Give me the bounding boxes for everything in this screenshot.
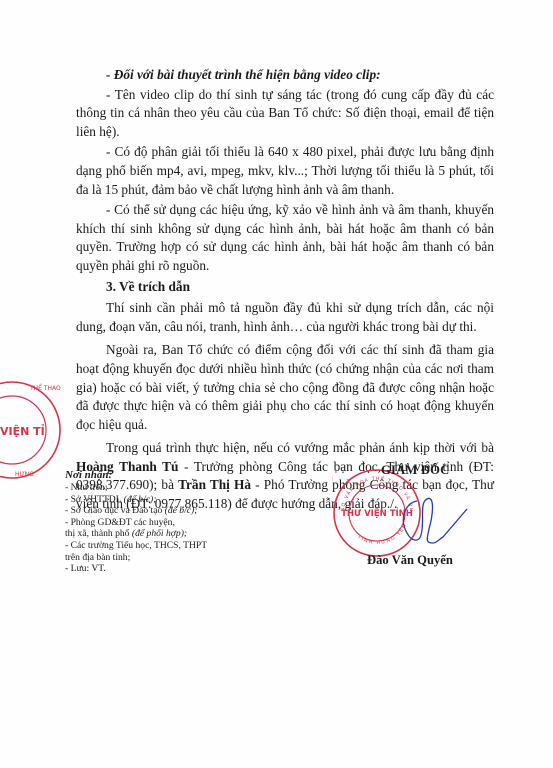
video-item-resolution: - Có độ phân giải tối thiểu là 640 x 480… <box>76 143 494 199</box>
handwritten-signature-icon <box>395 495 470 550</box>
citation-paragraph-2: Ngoài ra, Ban Tổ chức có điểm cộng đối v… <box>76 341 494 434</box>
citation-paragraph-1: Thí sinh cần phải mô tả nguồn đầy đủ khi… <box>76 299 494 336</box>
recipient-item: - Sở Giáo dục và Đào tạo (để b/c); <box>65 505 275 517</box>
signature-block: SỞ VĂN HÓA THỂ THAO VÀ DU LỊCH TỈNH HƯNG… <box>300 440 540 620</box>
recipient-note: (để phối hợp); <box>132 528 187 539</box>
recipient-item: - Như trên; <box>65 482 275 494</box>
video-section-heading: - Đối với bài thuyết trình thể hiện bằng… <box>76 66 494 85</box>
edge-stamp-top-text: THỂ THAO <box>29 384 61 392</box>
edge-seal-stamp-icon: THỂ THAO VIỆN TỈ HƯNG <box>0 378 65 483</box>
recipient-note: (để b/c); <box>124 494 157 505</box>
recipient-text: - Các trường Tiểu học, THCS, THPT <box>65 540 207 551</box>
recipient-text: - Sở Giáo dục và Đào tạo <box>65 505 165 516</box>
recipient-text: trên địa bàn tỉnh; <box>65 552 130 563</box>
recipient-text: - Như trên; <box>65 482 108 493</box>
recipient-text: - Sở VHTTDL <box>65 494 124 505</box>
recipients-title: Nơi nhận: <box>65 468 275 482</box>
recipient-text: - Lưu: VT. <box>65 563 106 574</box>
edge-stamp-center-text: VIỆN TỈ <box>0 424 45 438</box>
edge-stamp-bottom-text: HƯNG <box>15 471 34 478</box>
signer-role: GIÁM ĐỐC <box>381 463 449 478</box>
recipients-block: Nơi nhận: - Như trên; - Sở VHTTDL (để b/… <box>65 468 275 575</box>
recipient-item: - Lưu: VT. <box>65 563 275 575</box>
signer-name: Đào Văn Quyến <box>367 553 453 568</box>
recipient-text: thị xã, thành phố <box>65 528 132 539</box>
recipient-item: trên địa bàn tỉnh; <box>65 552 275 564</box>
recipient-item: - Các trường Tiểu học, THCS, THPT <box>65 540 275 552</box>
recipient-text: - Phòng GD&ĐT các huyện, <box>65 517 175 528</box>
recipient-note: (để b/c); <box>165 505 198 516</box>
recipient-item: thị xã, thành phố (để phối hợp); <box>65 528 275 540</box>
recipient-item: - Phòng GD&ĐT các huyện, <box>65 517 275 529</box>
video-item-name: - Tên video clip do thí sinh tự sáng tác… <box>76 86 494 142</box>
recipient-item: - Sở VHTTDL (để b/c); <box>65 494 275 506</box>
video-item-effects: - Có thể sử dụng các hiệu ứng, kỹ xảo về… <box>76 201 494 275</box>
citation-section-heading: 3. Về trích dẫn <box>76 278 494 297</box>
document-page: THỂ THAO VIỆN TỈ HƯNG - Đối với bài thuy… <box>0 0 553 768</box>
